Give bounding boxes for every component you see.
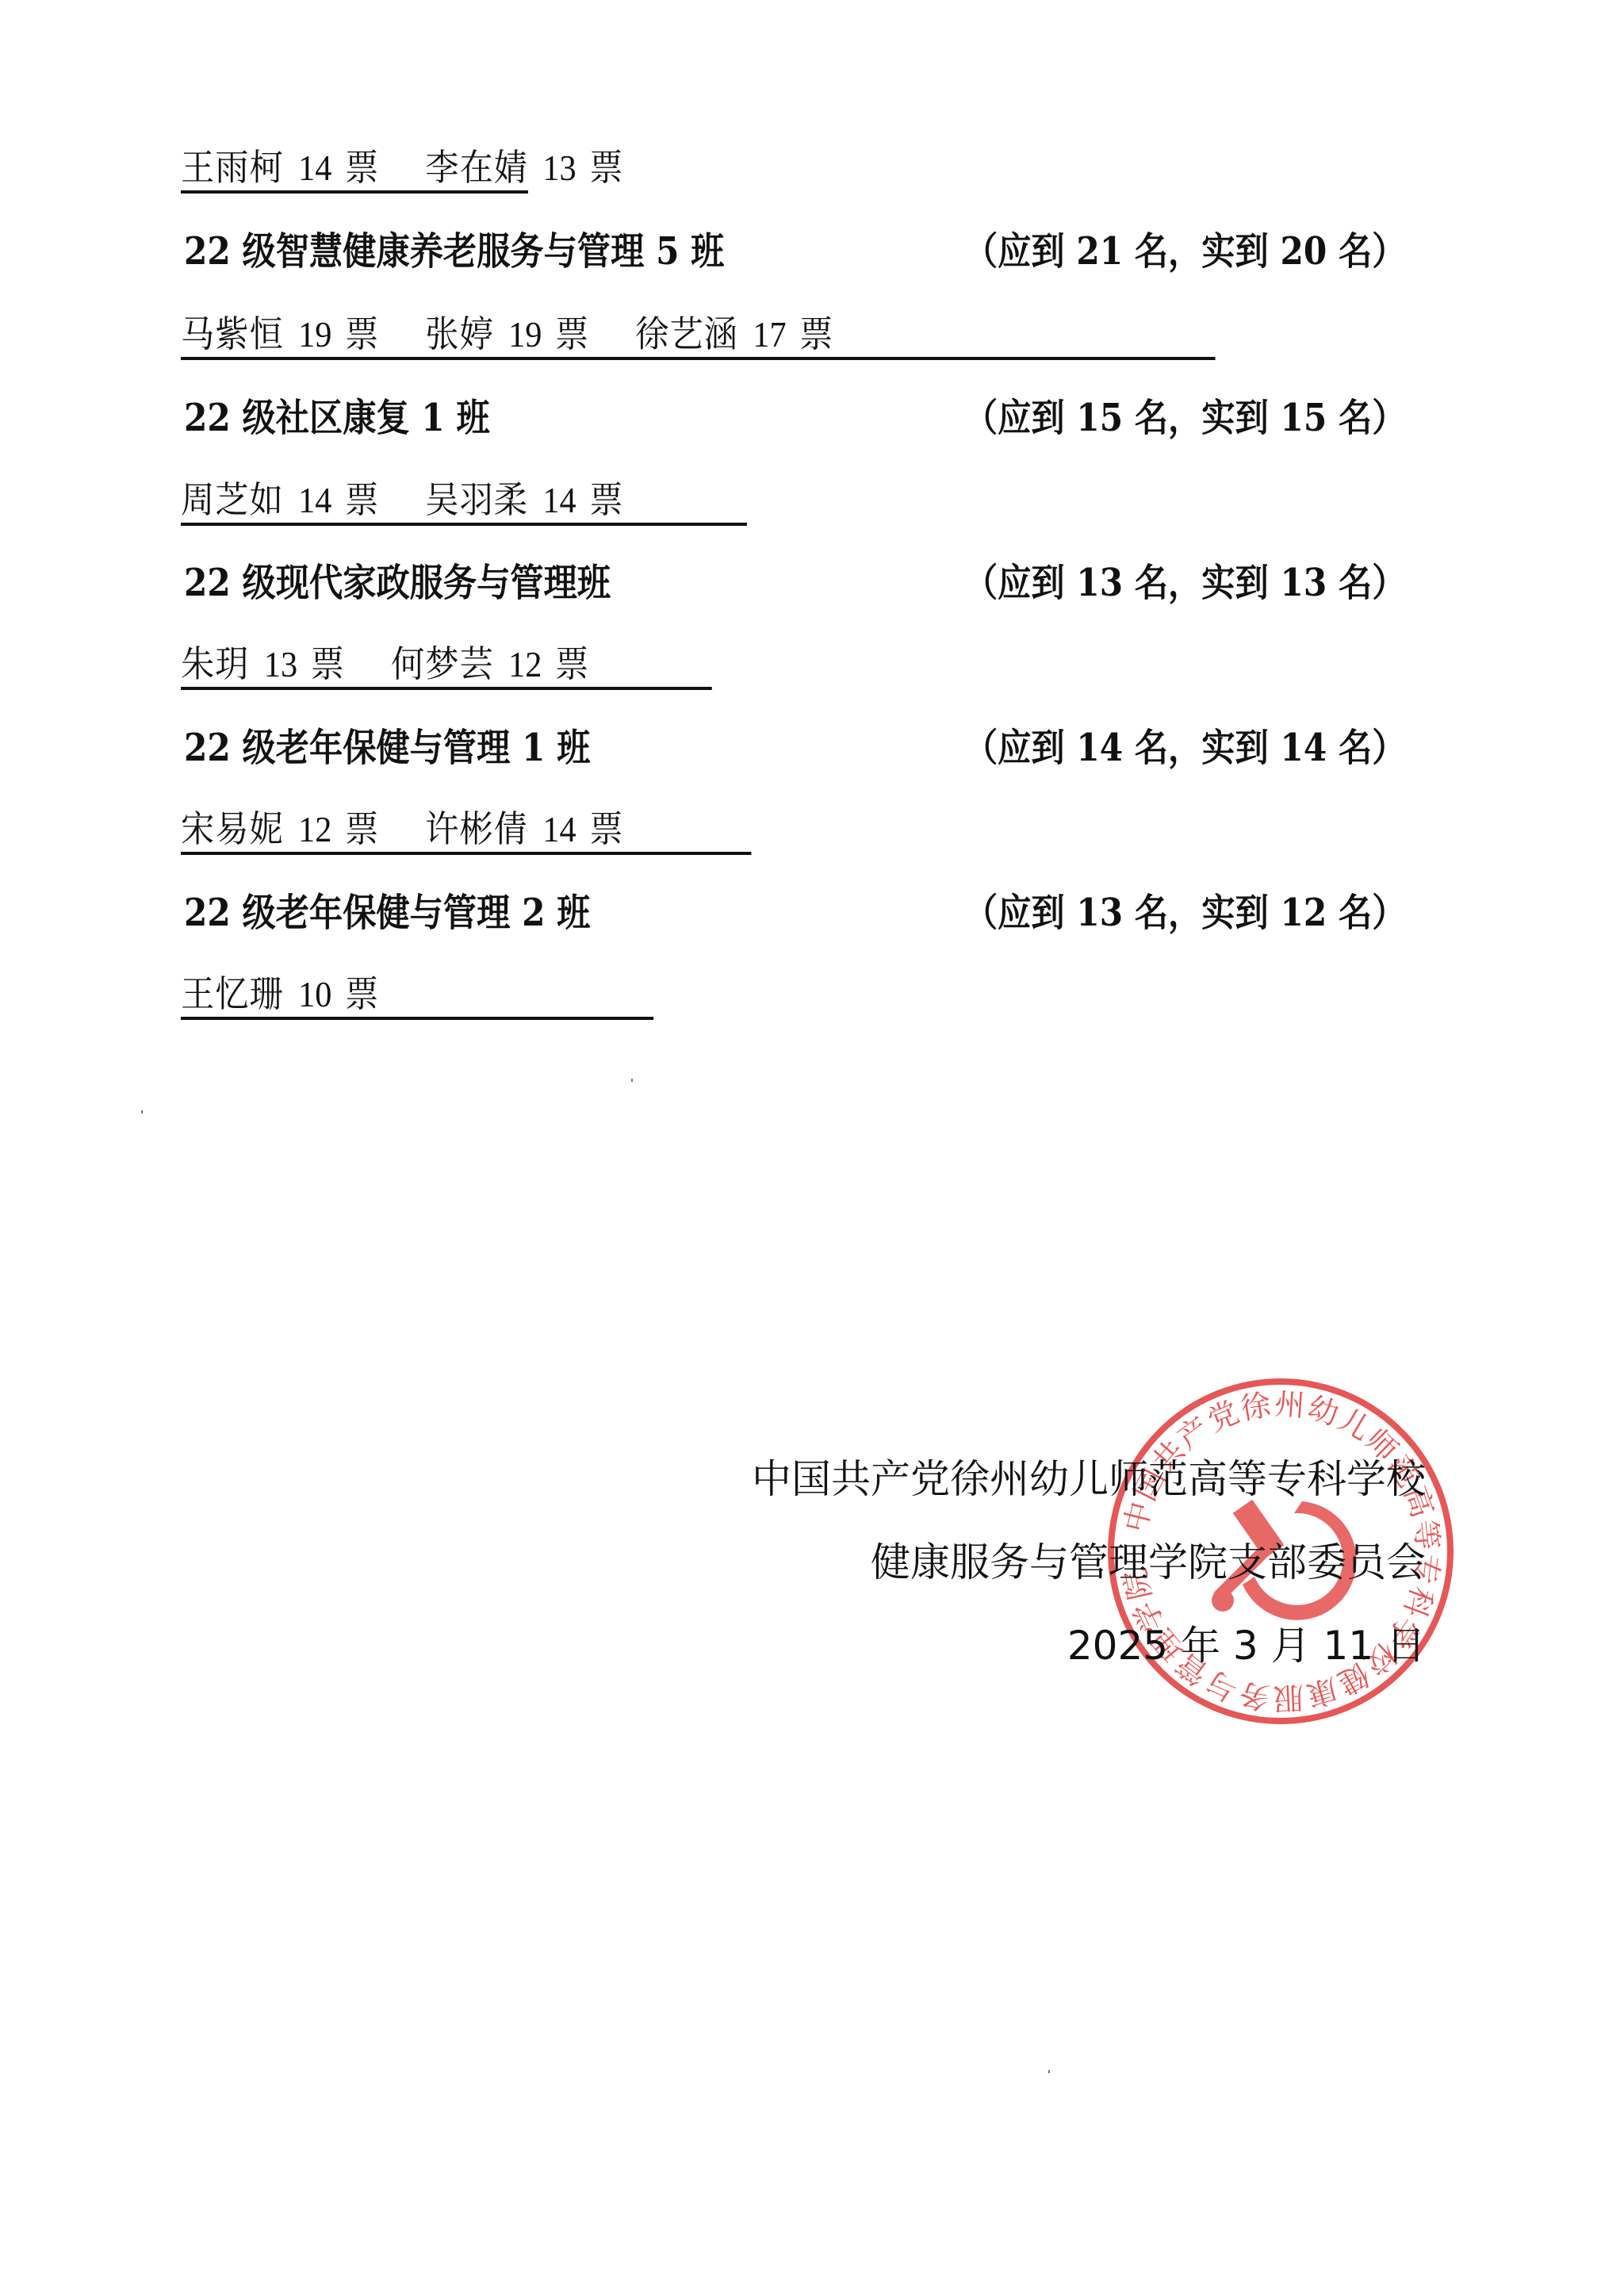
candidate-name: 王雨柯 xyxy=(181,148,284,188)
vote-unit: 票 xyxy=(589,480,622,520)
scan-speck xyxy=(1048,2070,1050,2073)
vote-count: 13 xyxy=(542,148,576,188)
candidate-entry: 王雨柯14票 xyxy=(181,146,378,190)
vote-unit: 票 xyxy=(345,148,378,188)
candidate-entry: 许彬倩14票 xyxy=(425,807,622,852)
candidate-entry: 张婷19票 xyxy=(425,312,588,357)
candidate-entry: 朱玥13票 xyxy=(181,642,344,687)
vote-count: 14 xyxy=(298,148,331,188)
vote-unit: 票 xyxy=(589,148,622,188)
candidate-name: 周芝如 xyxy=(181,480,284,520)
document-page: 王雨柯14票李在婧13票 22 级智慧健康养老服务与管理 5 班 （应到 21 … xyxy=(0,0,1624,2296)
candidate-row: 周芝如14票吴羽柔14票 xyxy=(181,478,747,526)
vote-count: 17 xyxy=(753,314,786,355)
vote-unit: 票 xyxy=(799,314,833,355)
signature-date: 2025 年 3 月 11 日 xyxy=(1067,1622,1426,1669)
vote-unit: 票 xyxy=(345,974,378,1014)
vote-unit: 票 xyxy=(311,644,344,684)
attendance-count: （应到 15 名，实到 15 名） xyxy=(963,394,1405,442)
candidate-entry: 李在婧13票 xyxy=(425,146,622,190)
class-header: 22 级老年保健与管理 2 班 （应到 13 名，实到 12 名） xyxy=(184,889,1405,937)
candidate-name: 吴羽柔 xyxy=(425,480,528,520)
vote-unit: 票 xyxy=(589,809,622,849)
candidate-name: 许彬倩 xyxy=(425,809,528,849)
attendance-count: （应到 21 名，实到 20 名） xyxy=(963,228,1405,275)
candidate-row: 马紫恒19票张婷19票徐艺涵17票 xyxy=(181,312,1216,360)
attendance-count: （应到 13 名，实到 12 名） xyxy=(963,889,1405,937)
vote-count: 19 xyxy=(298,314,331,355)
candidate-entry: 周芝如14票 xyxy=(181,478,378,523)
vote-unit: 票 xyxy=(555,644,588,684)
class-name: 22 级老年保健与管理 1 班 xyxy=(184,724,590,772)
vote-count: 12 xyxy=(508,644,542,684)
vote-count: 10 xyxy=(298,974,331,1014)
vote-count: 14 xyxy=(542,480,576,520)
class-name: 22 级现代家政服务与管理班 xyxy=(184,559,611,607)
vote-count: 13 xyxy=(264,644,297,684)
candidate-row: 朱玥13票何梦芸12票 xyxy=(181,642,712,690)
vote-count: 19 xyxy=(508,314,542,355)
class-header: 22 级老年保健与管理 1 班 （应到 14 名，实到 14 名） xyxy=(184,724,1405,772)
candidate-name: 张婷 xyxy=(425,314,493,355)
vote-unit: 票 xyxy=(345,480,378,520)
class-name: 22 级智慧健康养老服务与管理 5 班 xyxy=(184,228,724,275)
class-name: 22 级社区康复 1 班 xyxy=(184,394,490,442)
attendance-count: （应到 14 名，实到 14 名） xyxy=(963,724,1405,772)
vote-count: 14 xyxy=(542,809,576,849)
candidate-row-continued: 王雨柯14票李在婧13票 xyxy=(181,146,528,194)
candidate-entry: 马紫恒19票 xyxy=(181,312,378,357)
candidate-name: 李在婧 xyxy=(425,148,528,188)
class-name: 22 级老年保健与管理 2 班 xyxy=(184,889,590,937)
candidate-name: 宋易妮 xyxy=(181,809,284,849)
candidate-entry: 徐艺涵17票 xyxy=(635,312,833,357)
candidate-entry: 王忆珊10票 xyxy=(181,972,378,1017)
candidate-name: 徐艺涵 xyxy=(635,314,738,355)
signature-org-line2: 健康服务与管理学院支部委员会 xyxy=(871,1539,1426,1586)
candidate-row: 王忆珊10票 xyxy=(181,972,653,1020)
vote-count: 12 xyxy=(298,809,331,849)
vote-unit: 票 xyxy=(555,314,588,355)
attendance-count: （应到 13 名，实到 13 名） xyxy=(963,559,1405,607)
scan-speck xyxy=(141,1110,143,1114)
candidate-entry: 何梦芸12票 xyxy=(391,642,588,687)
candidate-name: 朱玥 xyxy=(181,644,249,684)
candidate-row: 宋易妮12票许彬倩14票 xyxy=(181,807,751,855)
class-header: 22 级社区康复 1 班 （应到 15 名，实到 15 名） xyxy=(184,394,1405,442)
vote-count: 14 xyxy=(298,480,331,520)
class-header: 22 级现代家政服务与管理班 （应到 13 名，实到 13 名） xyxy=(184,559,1405,607)
candidate-name: 何梦芸 xyxy=(391,644,494,684)
scan-speck xyxy=(631,1079,633,1082)
candidate-entry: 宋易妮12票 xyxy=(181,807,378,852)
candidate-entry: 吴羽柔14票 xyxy=(425,478,622,523)
candidate-name: 马紫恒 xyxy=(181,314,284,355)
signature-org-line1: 中国共产党徐州幼儿师范高等专科学校 xyxy=(752,1455,1426,1503)
vote-unit: 票 xyxy=(345,314,378,355)
candidate-name: 王忆珊 xyxy=(181,974,284,1014)
vote-unit: 票 xyxy=(345,809,378,849)
class-header: 22 级智慧健康养老服务与管理 5 班 （应到 21 名，实到 20 名） xyxy=(184,228,1405,275)
